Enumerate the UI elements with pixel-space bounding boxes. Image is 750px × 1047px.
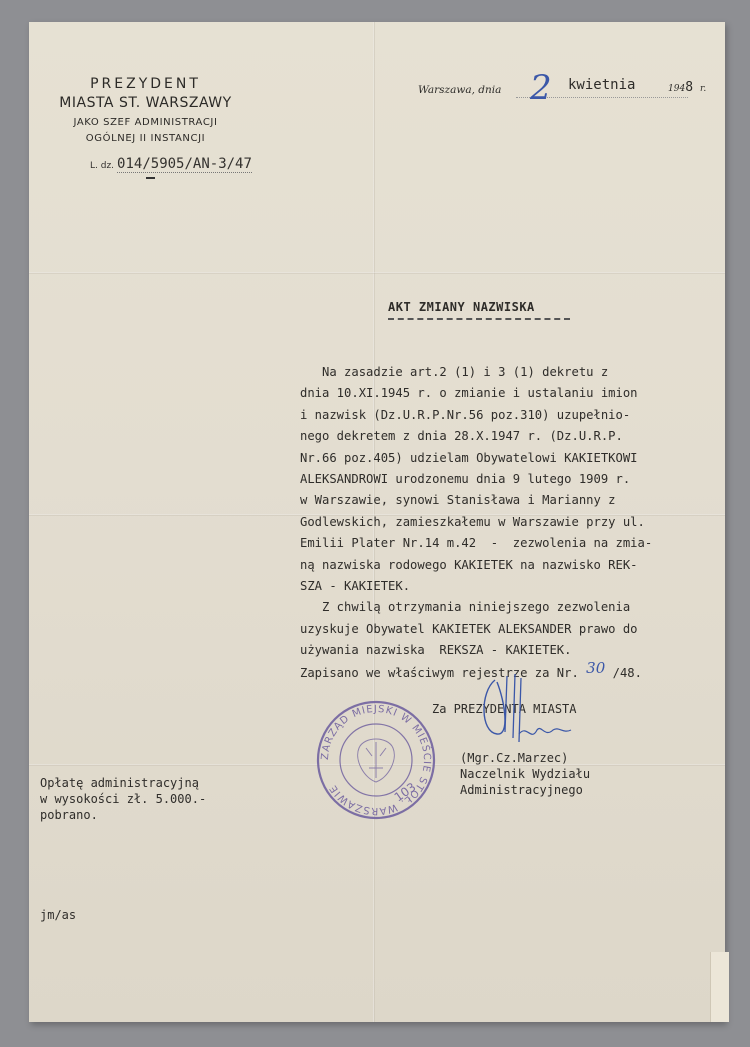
letterhead: PREZYDENT MIASTA ST. WARSZAWY JAKO SZEF … (58, 75, 233, 147)
torn-corner (710, 952, 729, 1022)
reference-label: L. dz. (90, 161, 114, 171)
date-year-suffix: 8 (685, 80, 693, 95)
document-body: Na zasadzie art.2 (1) i 3 (1) dekretu z … (300, 362, 720, 662)
handwritten-signature (475, 672, 575, 752)
reference-value: 014/5905/AN-3/47 (117, 156, 252, 173)
date-year: 1948 (668, 80, 693, 95)
date-suffix: r. (700, 84, 706, 94)
letterhead-line-4: OGÓLNEJ II INSTANCJI (58, 131, 233, 147)
date-month: kwietnia (568, 77, 635, 93)
letterhead-line-1: PREZYDENT (58, 75, 233, 93)
letterhead-line-3: JAKO SZEF ADMINISTRACJI (58, 115, 233, 131)
document-title: AKT ZMIANY NAZWISKA (388, 300, 535, 314)
signatory-position-2: Administracyjnego (460, 782, 590, 798)
date-line: Warszawa, dnia 2 kwietnia 1948 r. (418, 80, 708, 106)
date-day-handwritten: 2 (530, 68, 552, 108)
signatory-block: (Mgr.Cz.Marzec)Naczelnik WydziałuAdminis… (460, 750, 590, 798)
reference-dash (146, 177, 155, 179)
registry-suffix: /48. (605, 666, 642, 680)
title-underline (388, 318, 570, 320)
registry-number-handwritten: 30 (586, 659, 605, 677)
fee-note: Opłatę administracyjną w wysokości zł. 5… (40, 775, 206, 823)
date-year-prefix: 194 (668, 84, 685, 94)
reference-number: L. dz.014/5905/AN-3/47 (90, 156, 252, 172)
stamp-text: ZARZĄD MIEJSKI W MIEŚCIE STOŁ. WARSZAWIE (320, 704, 434, 816)
svg-text:ZARZĄD MIEJSKI W MIEŚCIE STOŁ.: ZARZĄD MIEJSKI W MIEŚCIE STOŁ. WARSZAWIE (320, 704, 434, 816)
date-place: Warszawa, dnia (418, 84, 501, 96)
fold-horizontal-1 (29, 272, 725, 274)
letterhead-line-2: MIASTA ST. WARSZAWY (58, 93, 233, 113)
registry-line: Zapisano we właściwym rejestrze za Nr. 3… (300, 663, 642, 681)
signatory-name: (Mgr.Cz.Marzec) (460, 750, 590, 766)
official-stamp: ZARZĄD MIEJSKI W MIEŚCIE STOŁ. WARSZAWIE… (314, 698, 438, 822)
typist-initials: jm/as (40, 908, 76, 922)
signatory-position-1: Naczelnik Wydziału (460, 766, 590, 782)
